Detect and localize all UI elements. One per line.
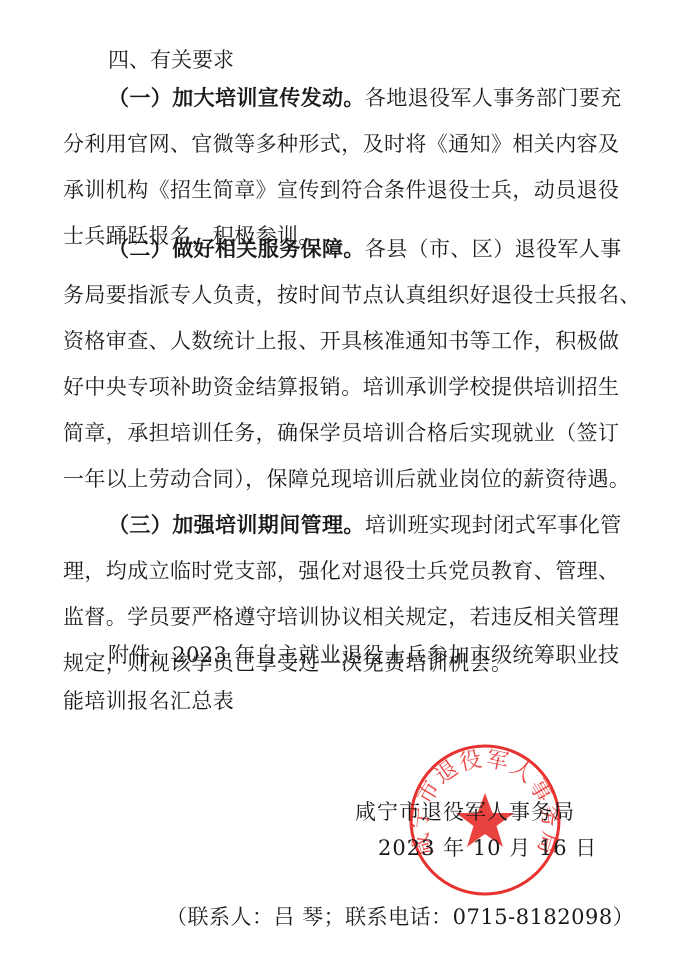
paragraph-2-line-2: 务局要指派专人负责，按时间节点认真组织好退役士兵报名、	[63, 283, 623, 307]
paragraph-2-line-5: 简章，承担培训任务，确保学员培训合格后实现就业（签订	[63, 421, 623, 445]
contact-info: （联系人：吕 琴；联系电话：0715-8182098）	[166, 901, 634, 931]
paragraph-1-line-3: 承训机构《招生简章》宣传到符合条件退役士兵，动员退役	[63, 178, 623, 202]
signature-organization: 咸宁市退役军人事务局	[355, 796, 575, 826]
paragraph-3-title: （三）加强培训期间管理。	[108, 513, 365, 537]
paragraph-2-line-3: 资格审查、人数统计上报、开具核准通知书等工作，积极做	[63, 329, 623, 353]
paragraph-1-title: （一）加大培训宣传发动。	[108, 86, 365, 110]
paragraph-2-line-1: （二）做好相关服务保障。各县（市、区）退役军人事	[108, 237, 668, 261]
paragraph-1-line-2: 分利用官网、官微等多种形式，及时将《通知》相关内容及	[63, 132, 623, 156]
attachment-line-2: 能培训报名汇总表	[63, 689, 623, 713]
signature-date: 2023 年 10 月 16 日	[378, 832, 597, 862]
paragraph-text: 培训班实现封闭式军事化管	[365, 513, 622, 537]
paragraph-text: 各地退役军人事务部门要充	[365, 86, 622, 110]
paragraph-2-title: （二）做好相关服务保障。	[108, 237, 365, 261]
section-heading: 四、有关要求	[108, 44, 234, 74]
paragraph-1-line-1: （一）加大培训宣传发动。各地退役军人事务部门要充	[108, 86, 668, 110]
paragraph-2-line-4: 好中央专项补助资金结算报销。培训承训学校提供培训招生	[63, 375, 623, 399]
paragraph-3-line-3: 监督。学员要严格遵守培训协议相关规定，若违反相关管理	[63, 605, 623, 629]
attachment-line-1: 附件：2023 年自主就业退役士兵参加市级统筹职业技	[108, 643, 668, 667]
paragraph-2-line-6: 一年以上劳动合同），保障兑现培训后就业岗位的薪资待遇。	[63, 467, 623, 491]
paragraph-3-line-2: 理，均成立临时党支部，强化对退役士兵党员教育、管理、	[63, 559, 623, 583]
paragraph-3-line-1: （三）加强培训期间管理。培训班实现封闭式军事化管	[108, 513, 668, 537]
paragraph-text: 各县（市、区）退役军人事	[365, 237, 622, 261]
